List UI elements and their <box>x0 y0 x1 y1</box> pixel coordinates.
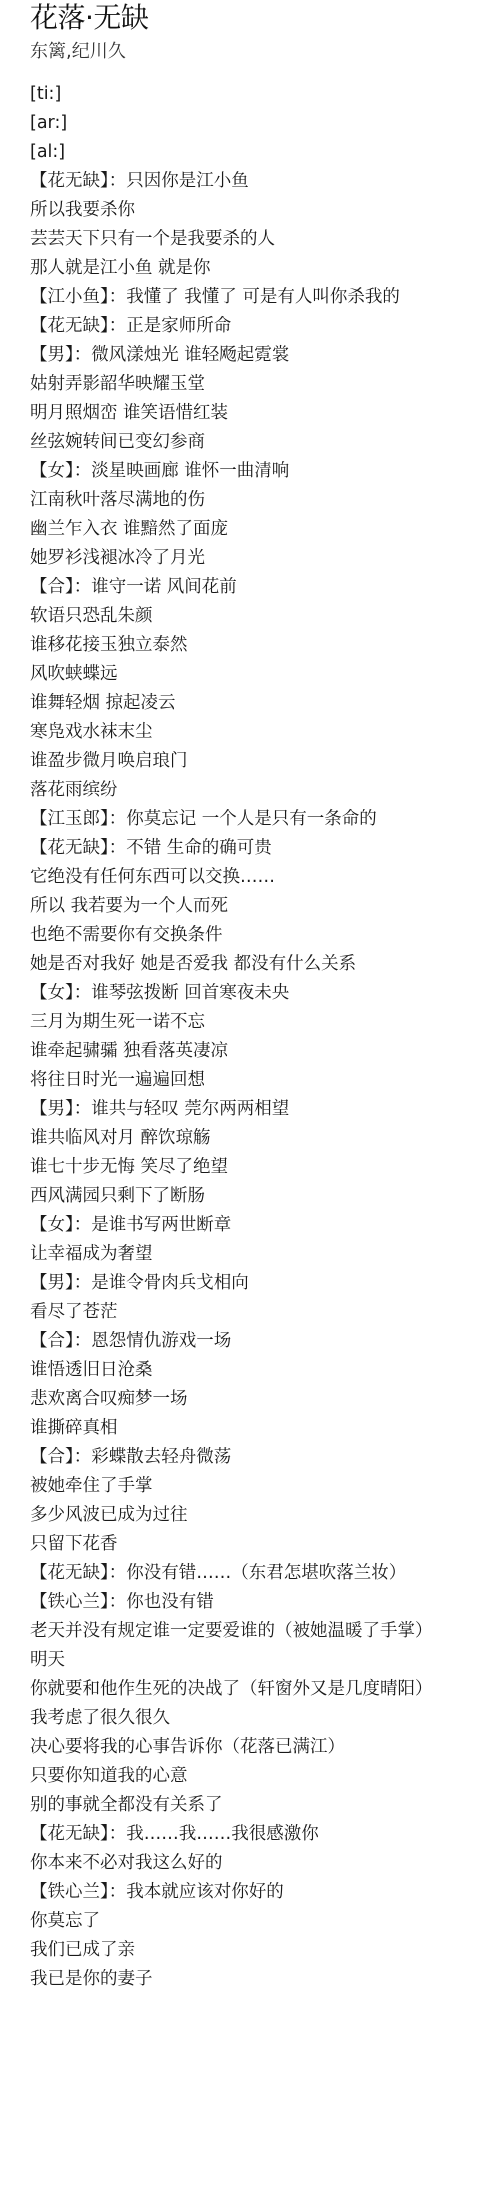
lyric-line: 【花无缺】：我……我……我很感激你 <box>30 1820 500 1849</box>
song-title: 花落·无缺 <box>30 0 490 36</box>
lyric-line: 【江小鱼】：我懂了 我懂了 可是有人叫你杀我的 <box>30 283 500 312</box>
song-artists: 东篱,纪川久 <box>30 40 490 64</box>
lyric-line: 【女】：谁琴弦拨断 回首寒夜未央 <box>30 979 500 1008</box>
lyric-line: 将往日时光一遍遍回想 <box>30 1066 500 1095</box>
lyric-line: 软语只恐乱朱颜 <box>30 602 500 631</box>
lyric-line: 江南秋叶落尽满地的伤 <box>30 486 500 515</box>
lyric-line: 谁移花接玉独立泰然 <box>30 631 500 660</box>
lyrics-page: 花落·无缺 东篱,纪川久 [ti:] [ar:] [al:] 【花无缺】：只因你… <box>30 0 490 64</box>
lyric-line: 三月为期生死一诺不忘 <box>30 1008 500 1037</box>
lyric-line: 所以我要杀你 <box>30 196 500 225</box>
lyric-line: 【男】：微风漾烛光 谁轻飏起霓裳 <box>30 341 500 370</box>
lyric-line: 【女】：是谁书写两世断章 <box>30 1211 500 1240</box>
lyric-line: 我考虑了很久很久 <box>30 1704 500 1733</box>
lyric-line: 【花无缺】：不错 生命的确可贵 <box>30 834 500 863</box>
lyric-line: 风吹蛱蝶远 <box>30 660 500 689</box>
lyric-line: 寒凫戏水袜末尘 <box>30 718 500 747</box>
lyric-line: 我们已成了亲 <box>30 1936 500 1965</box>
lyric-line: 决心要将我的心事告诉你（花落已满江） <box>30 1733 500 1762</box>
lyric-line: 【花无缺】：你没有错……（东君怎堪吹落兰妆） <box>30 1559 500 1588</box>
lyric-line: 明天 <box>30 1646 500 1675</box>
lyric-line: 谁撕碎真相 <box>30 1414 500 1443</box>
lyric-line: 你就要和他作生死的决战了（轩窗外又是几度晴阳） <box>30 1675 500 1704</box>
lyric-line: 【花无缺】：只因你是江小鱼 <box>30 167 500 196</box>
lyric-line: 也绝不需要你有交换条件 <box>30 921 500 950</box>
lyric-line: 我已是你的妻子 <box>30 1965 500 1994</box>
lyric-line: 别的事就全都没有关系了 <box>30 1791 500 1820</box>
lyric-line: 【花无缺】：正是家师所命 <box>30 312 500 341</box>
lyric-line: 看尽了苍茫 <box>30 1298 500 1327</box>
lyric-line: 那人就是江小鱼 就是你 <box>30 254 500 283</box>
lyric-line: 西风满园只剩下了断肠 <box>30 1182 500 1211</box>
lyric-line: 【男】：谁共与轻叹 莞尔两两相望 <box>30 1095 500 1124</box>
lyric-line: [ti:] <box>30 80 500 109</box>
lyric-line: 她罗衫浅褪冰冷了月光 <box>30 544 500 573</box>
lyric-line: 它绝没有任何东西可以交换…… <box>30 863 500 892</box>
lyric-line: 谁盈步微月唤启琅门 <box>30 747 500 776</box>
lyric-line: 多少风波已成为过往 <box>30 1501 500 1530</box>
lyric-line: [al:] <box>30 138 500 167</box>
lyric-line: 【铁心兰】：你也没有错 <box>30 1588 500 1617</box>
lyric-line: 芸芸天下只有一个是我要杀的人 <box>30 225 500 254</box>
lyric-line: 落花雨缤纷 <box>30 776 500 805</box>
lyric-line: 你莫忘了 <box>30 1907 500 1936</box>
lyric-line: 让幸福成为奢望 <box>30 1240 500 1269</box>
lyric-line: 【合】：恩怨情仇游戏一场 <box>30 1327 500 1356</box>
lyric-line: 她是否对我好 她是否爱我 都没有什么关系 <box>30 950 500 979</box>
lyric-line: [ar:] <box>30 109 500 138</box>
lyric-line: 谁舞轻烟 掠起凌云 <box>30 689 500 718</box>
lyric-line: 老天并没有规定谁一定要爱谁的（被她温暖了手掌） <box>30 1617 500 1646</box>
lyric-line: 【合】：谁守一诺 风间花前 <box>30 573 500 602</box>
lyric-line: 你本来不必对我这么好的 <box>30 1849 500 1878</box>
lyric-line: 【男】：是谁令骨肉兵戈相向 <box>30 1269 500 1298</box>
lyric-line: 丝弦婉转间已变幻参商 <box>30 428 500 457</box>
lyric-line: 被她牵住了手掌 <box>30 1472 500 1501</box>
lyric-line: 悲欢离合叹痴梦一场 <box>30 1385 500 1414</box>
lyric-line: 谁悟透旧日沧桑 <box>30 1356 500 1385</box>
lyric-line: 谁七十步无悔 笑尽了绝望 <box>30 1153 500 1182</box>
lyric-line: 【铁心兰】：我本就应该对你好的 <box>30 1878 500 1907</box>
lyric-line: 谁牵起骕骦 独看落英凄凉 <box>30 1037 500 1066</box>
lyric-line: 只要你知道我的心意 <box>30 1762 500 1791</box>
lyric-line: 明月照烟峦 谁笑语惜红装 <box>30 399 500 428</box>
lyric-line: 只留下花香 <box>30 1530 500 1559</box>
lyric-line: 谁共临风对月 醉饮琼觞 <box>30 1124 500 1153</box>
lyric-line: 幽兰乍入衣 谁黯然了面庞 <box>30 515 500 544</box>
lyric-line: 【合】：彩蝶散去轻舟微荡 <box>30 1443 500 1472</box>
lyric-line: 【江玉郎】：你莫忘记 一个人是只有一条命的 <box>30 805 500 834</box>
lyric-line: 姑射弄影韶华映耀玉堂 <box>30 370 500 399</box>
lyric-line: 所以 我若要为一个人而死 <box>30 892 500 921</box>
lyrics-list: [ti:] [ar:] [al:] 【花无缺】：只因你是江小鱼 所以我要杀你 芸… <box>30 80 500 1994</box>
lyric-line: 【女】：淡星映画廊 谁怀一曲清响 <box>30 457 500 486</box>
